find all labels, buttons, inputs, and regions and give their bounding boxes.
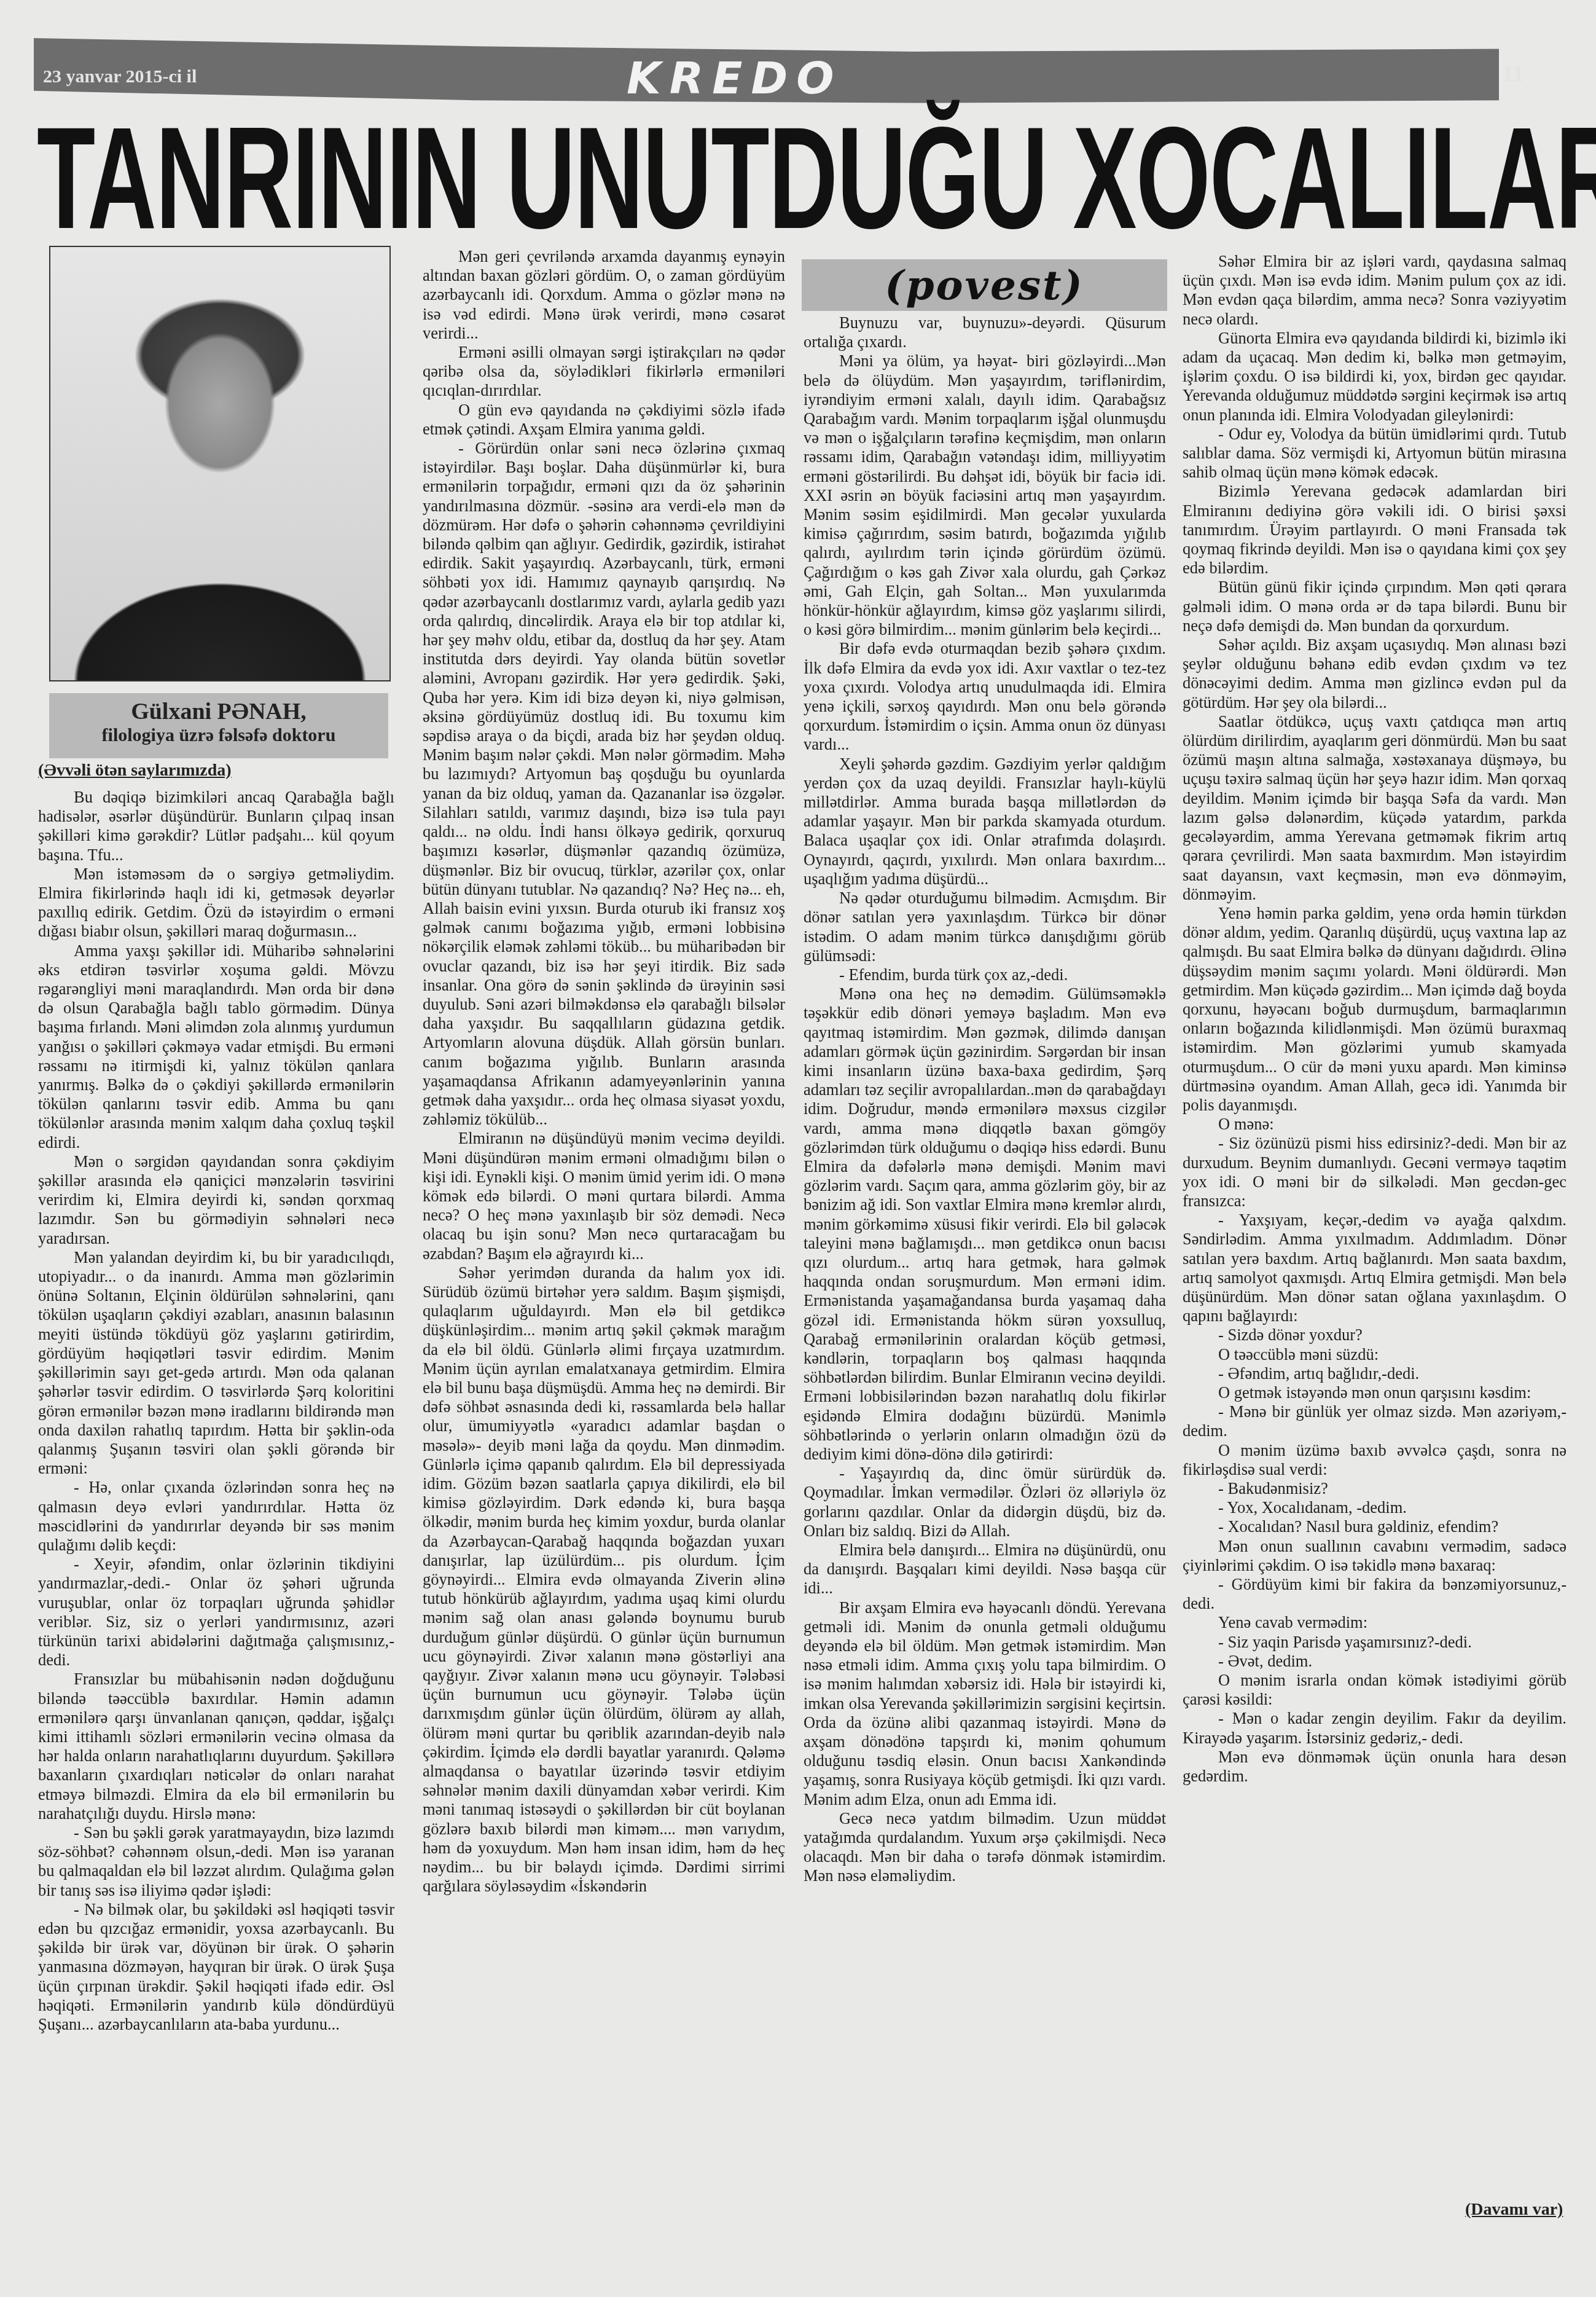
paragraph: Saatlar ötdükcə, uçuş vaxtı çatdıqca mən… [1183, 712, 1567, 904]
previous-issue-note: (Əvvəli ötən saylarımızda) [38, 761, 232, 780]
paragraph: O mənim üzümə baxıb əvvəlcə çaşdı, sonra… [1183, 1441, 1567, 1479]
paragraph: - Yox, Xocalıdanam, -dedim. [1183, 1498, 1567, 1517]
paragraph: Səhər açıldı. Biz axşam uçasıydıq. Mən a… [1183, 635, 1567, 712]
paragraph: Bir dəfə evdə oturmaqdan bezib şəhərə çı… [804, 639, 1166, 754]
genre-label: (povest) [885, 261, 1084, 309]
paragraph: Bizimlə Yerevana gedəcək adamlardan biri… [1183, 482, 1567, 578]
text-column-2: Mən geri çevriləndə arxamda dayanmış eyn… [423, 247, 785, 2275]
paragraph: - Hə, onlar çıxanda özlərindən sonra heç… [38, 1478, 394, 1555]
paragraph: O təəccüblə məni süzdü: [1183, 1345, 1567, 1364]
paragraph: Gecə necə yatdım bilmədim. Uzun müddət y… [804, 1809, 1166, 1886]
paragraph: Səhər Elmira bir az işləri vardı, qaydas… [1183, 252, 1567, 329]
paragraph: Mən geri çevriləndə arxamda dayanmış eyn… [423, 247, 785, 343]
paragraph: Amma yaxşı şəkillər idi. Müharibə səhnəl… [38, 941, 394, 1152]
paragraph: Mən evə dönməmək üçün onunla hara desən … [1183, 1748, 1567, 1786]
paragraph: Mən o sərgidən qayıdandan sonra çəkdiyim… [38, 1152, 394, 1248]
paragraph: Səhər yerimdən duranda da halım yox idi.… [423, 1263, 785, 1896]
paragraph: O getmək istəyəndə mən onun qarşısını kə… [1183, 1383, 1567, 1402]
paragraph: Mən yalandan deyirdim ki, bu bir yaradıc… [38, 1248, 394, 1478]
paragraph: - Gördüyüm kimi bir fakira da bənzəmiyor… [1183, 1575, 1567, 1613]
paragraph: Günorta Elmira evə qayıdanda bildirdi ki… [1183, 329, 1567, 425]
author-title: filologiya üzrə fəlsəfə doktoru [49, 725, 388, 746]
paragraph: - Əfəndim, artıq bağlıdır,-dedi. [1183, 1364, 1567, 1383]
paragraph: - Bakudənmisiz? [1183, 1479, 1567, 1498]
paragraph: Buynuzu var, buynuzu»-deyərdi. Qüsurum o… [804, 313, 1166, 351]
paragraph: Erməni əsilli olmayan sərgi iştirakçılar… [423, 343, 785, 401]
paragraph: - Odur ey, Volodya da bütün ümidlərimi q… [1183, 425, 1567, 482]
byline: Gülxani PƏNAH, filologiya üzrə fəlsəfə d… [49, 693, 388, 758]
paragraph: Elmiranın nə düşündüyü mənim vecimə deyi… [423, 1129, 785, 1263]
author-photo [49, 246, 391, 681]
paragraph: - Mən o kadar zengin deyilim. Fakır da d… [1183, 1709, 1567, 1747]
paragraph: Məni ya ölüm, ya həyat- biri gözləyirdi.… [804, 351, 1166, 639]
paragraph: O gün evə qayıdanda nə çəkdiyimi sözlə i… [423, 401, 785, 439]
paragraph: Mənə ona heç nə demədim. Gülümsəməklə tə… [804, 984, 1166, 1464]
paragraph: Yenə həmin parka gəldim, yenə orda həmin… [1183, 904, 1567, 1115]
paragraph: - Siz yaqin Parisdə yaşamırsınız?-dedi. [1183, 1633, 1567, 1652]
paragraph: - Xocalıdan? Nasıl bura gəldiniz, efendi… [1183, 1517, 1567, 1536]
paragraph: - Efendim, burda türk çox az,-dedi. [804, 965, 1166, 984]
author-name: Gülxani PƏNAH, [49, 698, 388, 725]
paragraph: Bu dəqiqə bizimkiləri ancaq Qarabağla ba… [38, 788, 394, 865]
paragraph: - Yaşayırdıq da, dinc ömür sürürdük də. … [804, 1464, 1166, 1541]
paragraph: Yenə cavab vermədim: [1183, 1613, 1567, 1632]
paragraph: - Əvət, dedim. [1183, 1652, 1567, 1671]
paragraph: - Yaxşıyam, keçər,-dedim və ayağa qalxdı… [1183, 1211, 1567, 1325]
paragraph: - Siz özünüzü pismi hiss edirsiniz?-dedi… [1183, 1134, 1567, 1211]
continued-note: (Davamı var) [1465, 2200, 1563, 2220]
text-column-1: Bu dəqiqə bizimkiləri ancaq Qarabağla ba… [38, 788, 394, 2275]
paragraph: Nə qədər oturduğumu bilmədim. Acmışdım. … [804, 889, 1166, 965]
paragraph: - Sizdə dönər yoxdur? [1183, 1325, 1567, 1345]
article-headline: TANRININ UNUTDUĞU XOCALILAR... [37, 117, 1035, 240]
paragraph: Bütün günü fikir içində çırpındım. Mən q… [1183, 578, 1567, 635]
paragraph: Fransızlar bu mübahisənin nədən doğduğun… [38, 1670, 394, 1823]
paragraph: Xeyli şəhərdə gəzdim. Gəzdiyim yerlər qa… [804, 755, 1166, 889]
issue-date: 23 yanvar 2015-ci il [43, 66, 197, 87]
portrait-icon [50, 247, 389, 680]
paragraph: - Sən bu şəkli gərək yaratmayaydın, bizə… [38, 1823, 394, 1900]
paragraph: - Mənə bir günlük yer olmaz sizdə. Mən a… [1183, 1402, 1567, 1440]
text-column-3: Buynuzu var, buynuzu»-deyərdi. Qüsurum o… [804, 313, 1166, 2274]
paragraph: O mənə: [1183, 1115, 1567, 1134]
paragraph: - Nə bilmək olar, bu şəkildəki əsl həqiq… [38, 1900, 394, 2034]
paragraph: O mənim israrla ondan kömək istədiyimi g… [1183, 1671, 1567, 1709]
paragraph: Elmira belə danışırdı... Elmira nə düşün… [804, 1541, 1166, 1598]
text-column-4: Səhər Elmira bir az işləri vardı, qaydas… [1183, 252, 1567, 2218]
section-title: KREDO [627, 52, 842, 104]
paragraph: Mən istəməsəm də o sərgiyə getməliydim. … [38, 865, 394, 941]
paragraph: - Görürdün onlar səni necə özlərinə çıxm… [423, 439, 785, 1129]
genre-banner: (povest) [802, 259, 1167, 311]
paragraph: Bir axşam Elmira evə həyəcanlı döndü. Ye… [804, 1598, 1166, 1809]
page-number: 11 [1502, 60, 1524, 87]
paragraph: Mən onun suallının cavabını vermədim, sa… [1183, 1537, 1567, 1575]
paragraph: - Xeyir, əfəndim, onlar özlərinin tikdiy… [38, 1555, 394, 1670]
